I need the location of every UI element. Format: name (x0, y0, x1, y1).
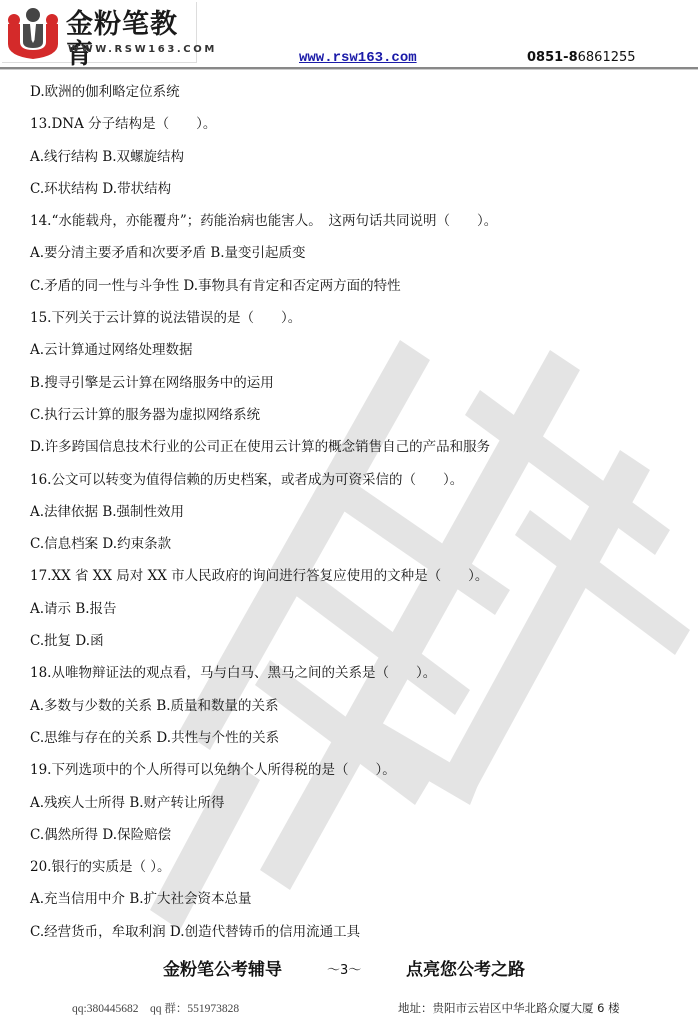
question-line: A.要分清主要矛盾和次要矛盾 B.量变引起质变 (30, 241, 690, 273)
question-line: A.残疾人士所得 B.财产转让所得 (30, 791, 690, 823)
question-line: A.线行结构 B.双螺旋结构 (30, 145, 690, 177)
question-line: 19.下列选项中的个人所得可以免纳个人所得税的是（ ）。 (30, 758, 690, 790)
question-line: 18.从唯物辩证法的观点看，马与白马、黑马之间的关系是（ ）。 (30, 661, 690, 693)
question-line: 17.XX 省 XX 局对 XX 市人民政府的询问进行答复应使用的文种是（ ）。 (30, 564, 690, 596)
question-line: 20.银行的实质是（ ）。 (30, 855, 690, 887)
question-line: A.法律依据 B.强制性效用 (30, 500, 690, 532)
question-line: C.执行云计算的服务器为虚拟网络系统 (30, 403, 690, 435)
footer-slogan-left: 金粉笔公考辅导 (163, 955, 282, 980)
phone-prefix: 0851-8 (527, 50, 578, 65)
question-line: D.欧洲的伽利略定位系统 (30, 80, 690, 112)
header-divider-shadow (0, 69, 698, 70)
brand-url: WWW.RSW163.COM (68, 44, 217, 55)
page-footer: 金粉笔公考辅导 ～3～ 点亮您公考之路 (0, 955, 698, 985)
question-line: C.批复 D.函 (30, 629, 690, 661)
footer-qq: qq:380445682 qq 群：551973828 (72, 1000, 239, 1016)
question-list: D.欧洲的伽利略定位系统 13.DNA 分子结构是（ ）。 A.线行结构 B.双… (30, 80, 690, 952)
footer-address: 地址：贵阳市云岩区中华北路众厦大厦 6 楼 (398, 1000, 620, 1016)
question-line: C.经营货币，牟取利润 D.创造代替铸币的信用流通工具 (30, 920, 690, 952)
page-header: 金粉笔教育 WWW.RSW163.COM www.rsw163.com 0851… (0, 0, 698, 70)
question-line: 15.下列关于云计算的说法错误的是（ ）。 (30, 306, 690, 338)
logo: 金粉笔教育 WWW.RSW163.COM (2, 2, 197, 63)
brand-name: 金粉笔教育 (66, 10, 196, 70)
question-line: B.搜寻引擎是云计算在网络服务中的运用 (30, 371, 690, 403)
question-line: A.云计算通过网络处理数据 (30, 338, 690, 370)
page-number: ～3～ (327, 959, 361, 978)
question-line: A.请示 B.报告 (30, 597, 690, 629)
footer-slogan-right: 点亮您公考之路 (406, 955, 525, 980)
question-line: 13.DNA 分子结构是（ ）。 (30, 112, 690, 144)
question-line: A.充当信用中介 B.扩大社会资本总量 (30, 887, 690, 919)
question-line: 16.公文可以转变为值得信赖的历史档案，或者成为可资采信的（ ）。 (30, 468, 690, 500)
question-line: C.信息档案 D.约束条款 (30, 532, 690, 564)
phone-number: 0851-86861255 (527, 50, 636, 65)
question-line: C.偶然所得 D.保险赔偿 (30, 823, 690, 855)
website-link[interactable]: www.rsw163.com (299, 50, 417, 66)
question-line: C.矛盾的同一性与斗争性 D.事物具有肯定和否定两方面的特性 (30, 274, 690, 306)
question-line: A.多数与少数的关系 B.质量和数量的关系 (30, 694, 690, 726)
phone-rest: 6861255 (578, 50, 636, 65)
question-line: C.思维与存在的关系 D.共性与个性的关系 (30, 726, 690, 758)
question-line: C.环状结构 D.带状结构 (30, 177, 690, 209)
question-line: 14.“水能载舟，亦能覆舟”；药能治病也能害人。 这两句话共同说明（ ）。 (30, 209, 690, 241)
logo-icon (6, 6, 60, 60)
question-line: D.许多跨国信息技术行业的公司正在使用云计算的概念销售自己的产品和服务 (30, 435, 690, 467)
